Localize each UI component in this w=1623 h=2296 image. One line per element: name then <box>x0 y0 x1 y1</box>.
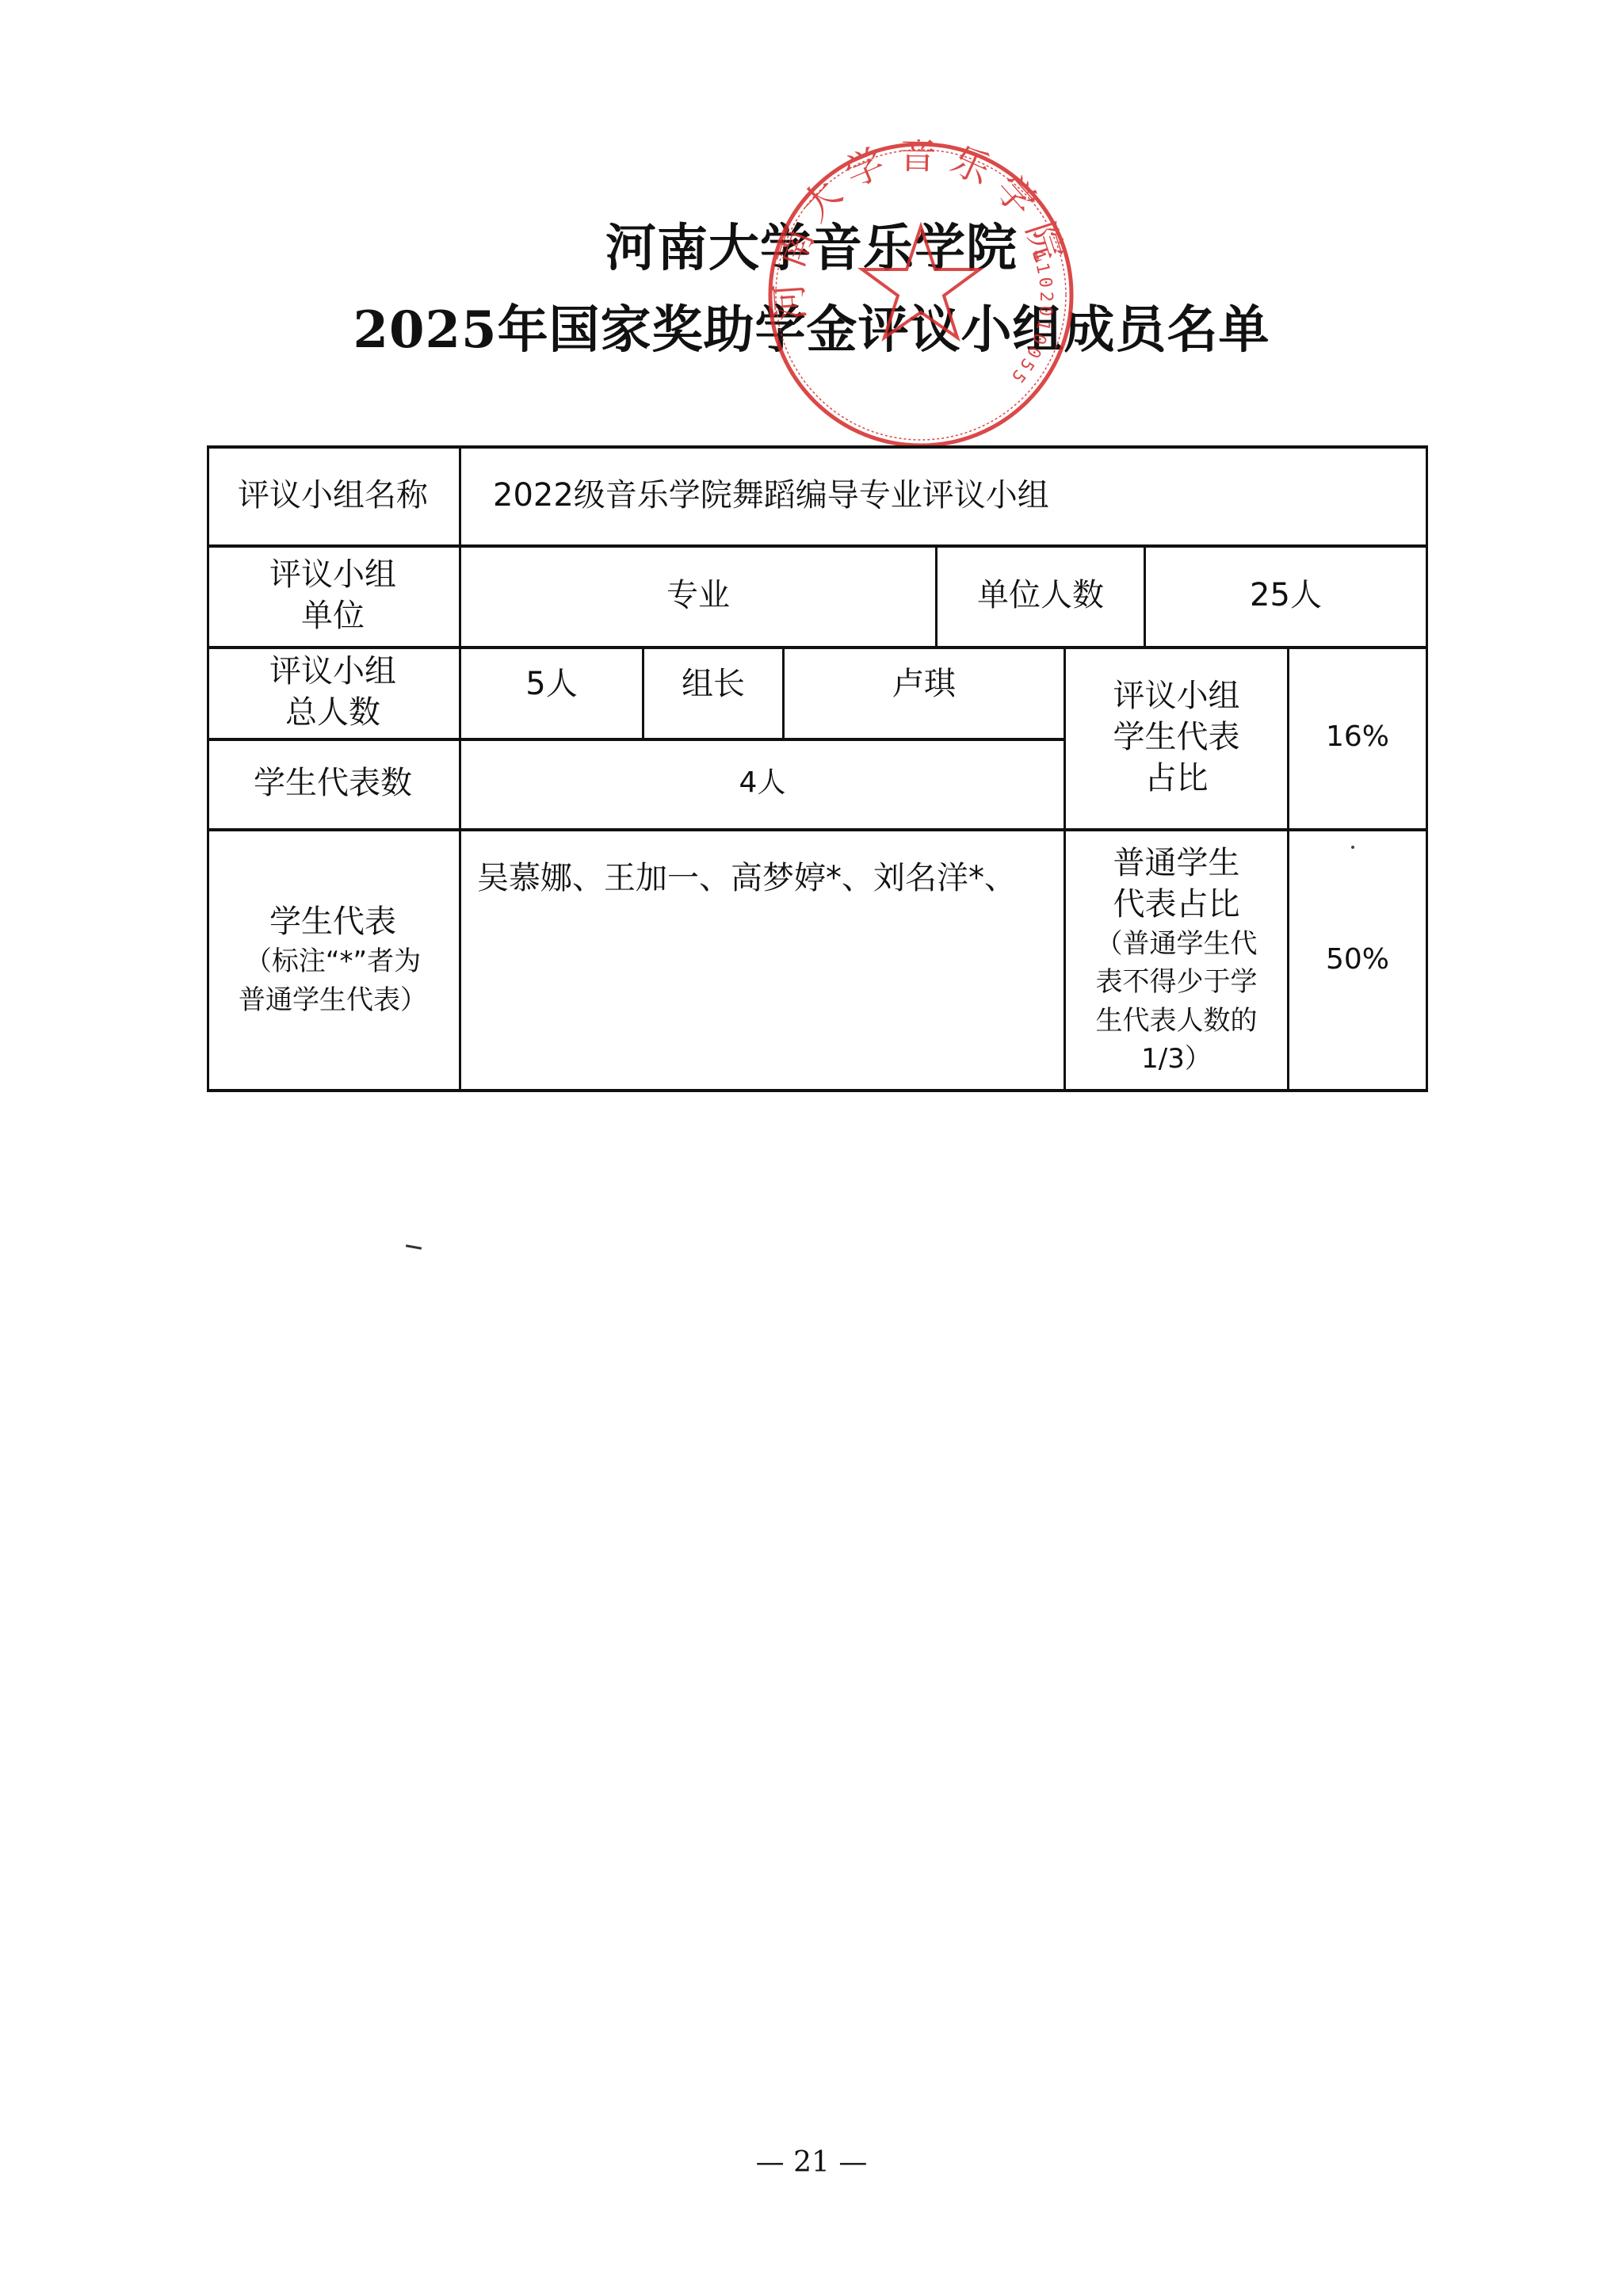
rep-ratio-label: 评议小组 学生代表 占比 <box>1066 646 1287 828</box>
scan-mark <box>406 1244 422 1249</box>
document-title-line2: 2025年国家奖助学金评议小组成员名单 <box>0 289 1623 362</box>
group-total-label: 评议小组 总人数 <box>207 646 459 738</box>
leader-name: 卢琪 <box>785 663 1064 727</box>
unit-count-value: 25人 <box>1146 544 1426 646</box>
document-title-line1: 河南大学音乐学院 <box>0 208 1623 281</box>
rep-count-value: 4人 <box>461 738 1064 828</box>
group-name-label: 评议小组名称 <box>207 445 459 544</box>
rep-count-label: 学生代表数 <box>207 738 459 828</box>
reps-names: 吴慕娜、王加一、高梦婷*、刘名洋*、 <box>461 858 1064 921</box>
page-number: — 21 — <box>0 2146 1623 2179</box>
rep-ratio-value: 16% <box>1289 646 1426 828</box>
reps-label: 学生代表 （标注“*”者为 普通学生代表） <box>207 831 459 1089</box>
committee-table: 评议小组名称 2022级音乐学院舞蹈编导专业评议小组 评议小组 单位 专业 单位… <box>207 445 1428 1092</box>
ordinary-ratio-value: 50% <box>1289 831 1426 1089</box>
group-total-value: 5人 <box>461 663 642 727</box>
unit-count-label: 单位人数 <box>938 544 1144 646</box>
group-name-value: 2022级音乐学院舞蹈编导专业评议小组 <box>461 445 1426 544</box>
ordinary-ratio-label: 普通学生 代表占比 （普通学生代 表不得少于学 生代表人数的 1/3） <box>1066 831 1287 1089</box>
scan-speck <box>1351 846 1354 849</box>
group-unit-value: 专业 <box>461 544 935 646</box>
group-unit-label: 评议小组 单位 <box>207 544 459 646</box>
leader-label: 组长 <box>644 663 782 727</box>
